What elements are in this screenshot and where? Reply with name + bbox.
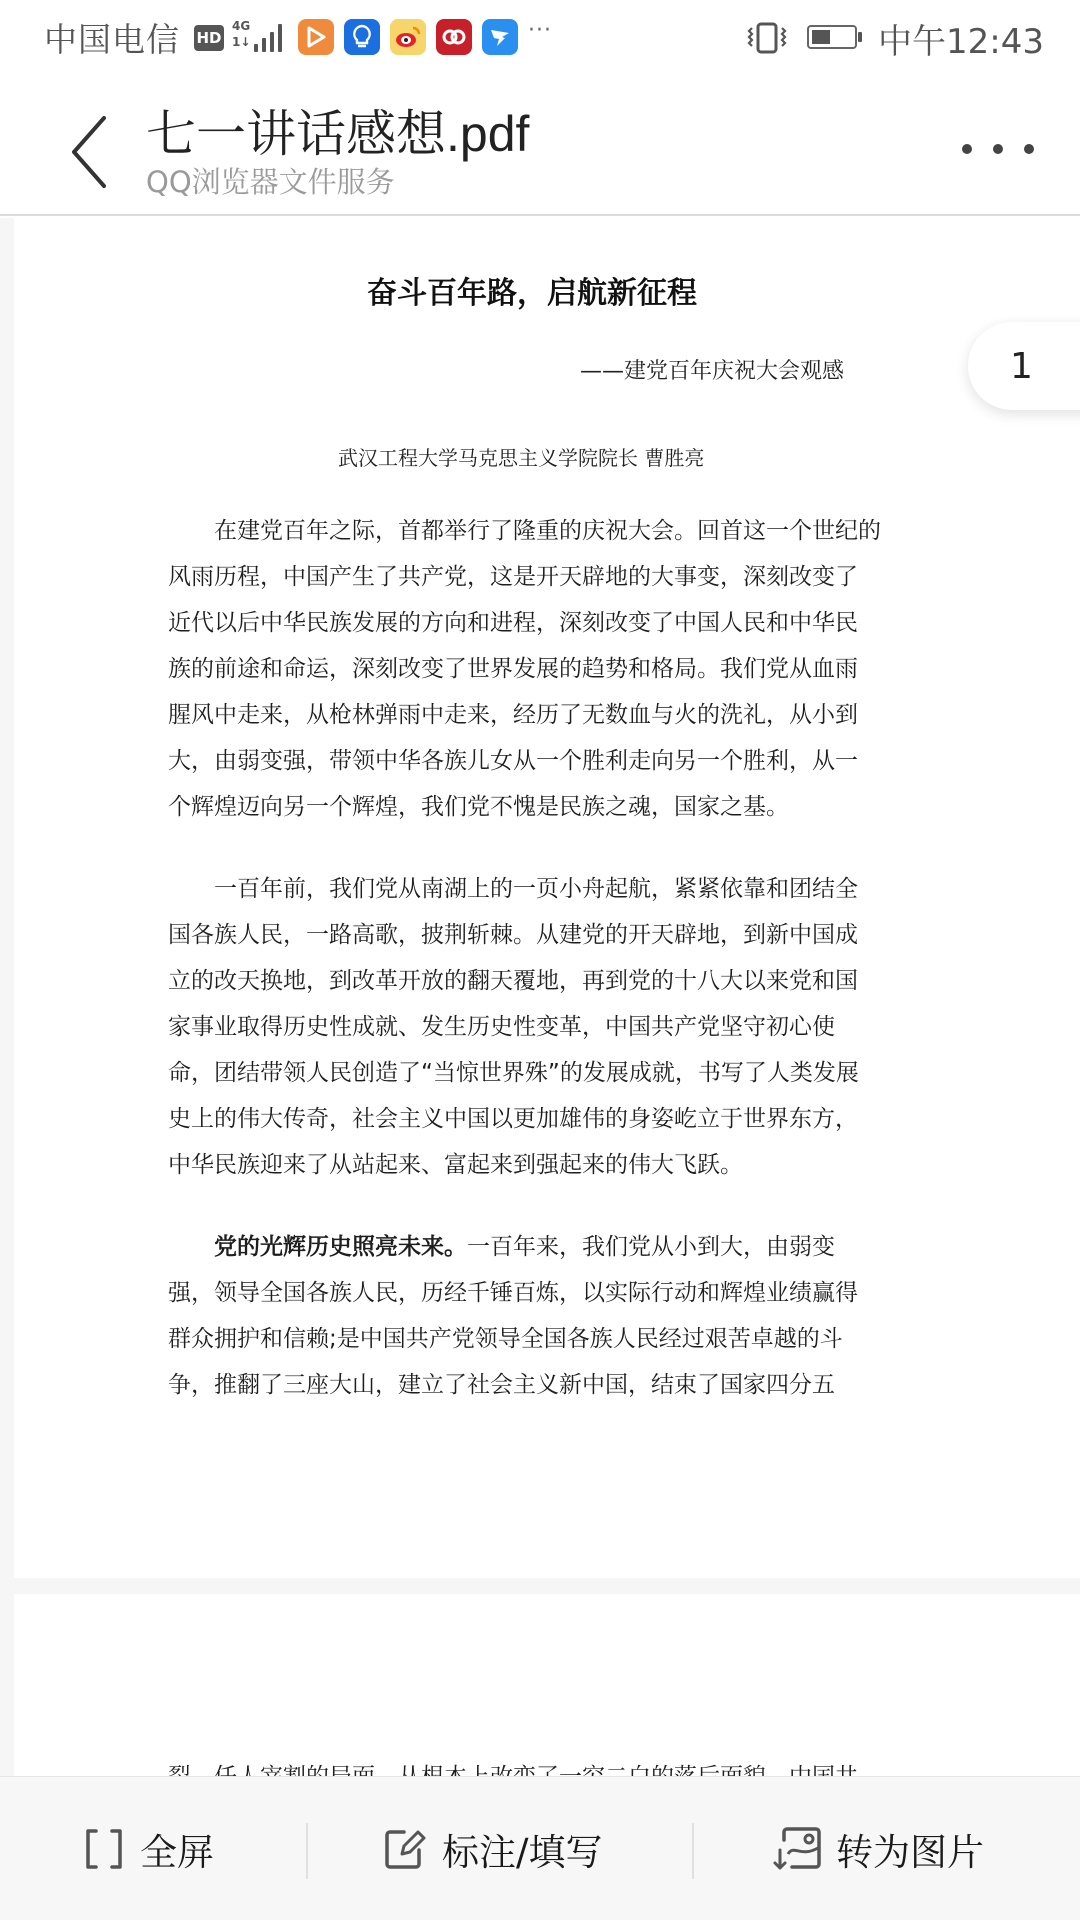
- more-dot-icon: [962, 144, 972, 154]
- video-app-icon: [298, 19, 334, 55]
- convert-image-icon: [772, 1826, 822, 1872]
- pdf-page-1: 奋斗百年路，启航新征程 ——建党百年庆祝大会观感 武汉工程大学马克思主义学院院长…: [14, 218, 1080, 1578]
- weibo-app-icon: [390, 19, 426, 55]
- dingtalk-app-icon: [482, 19, 518, 55]
- toolbar-divider: [692, 1823, 694, 1879]
- document-subtitle: ——建党百年庆祝大会观感: [580, 354, 844, 385]
- paragraph-4: 裂，任人宰割的局面，从根本上改变了一穷二白的落后面貌，中国共: [168, 1754, 928, 1778]
- bottom-toolbar: 全屏 标注/填写 转为图片: [0, 1776, 1080, 1920]
- more-options-button[interactable]: [962, 134, 1034, 164]
- document-author: 武汉工程大学马克思主义学院院长 曹胜亮: [338, 442, 704, 471]
- convert-to-image-button[interactable]: 转为图片: [772, 1813, 984, 1885]
- paragraph-2: 一百年前，我们党从南湖上的一页小舟起航，紧紧依靠和团结全 国各族人民，一路高歌，…: [168, 866, 928, 1188]
- paragraph-1: 在建党百年之际，首都举行了隆重的庆祝大会。回首这一个世纪的 风雨历程，中国产生了…: [168, 508, 928, 830]
- status-bar: 中国电信 HD 4G 1↓ ··· 中午12:43: [0, 0, 1080, 76]
- more-dot-icon: [1024, 144, 1034, 154]
- pdf-viewer[interactable]: 奋斗百年路，启航新征程 ——建党百年庆祝大会观感 武汉工程大学马克思主义学院院长…: [0, 218, 1080, 1778]
- clock: 中午12:43: [878, 14, 1044, 63]
- battery-icon: [806, 24, 864, 50]
- page-number-indicator[interactable]: 1: [968, 322, 1080, 410]
- bold-lead-sentence: 党的光辉历史照亮未来。: [214, 1234, 467, 1260]
- hd-voice-icon: HD: [194, 25, 224, 51]
- file-source: QQ浏览器文件服务: [146, 160, 395, 201]
- lightbulb-app-icon: [344, 19, 380, 55]
- fullscreen-icon: [82, 1827, 126, 1871]
- pdf-page-2: 裂，任人宰割的局面，从根本上改变了一穷二白的落后面貌，中国共: [14, 1594, 1080, 1778]
- file-title: 七一讲话感想.pdf: [146, 94, 529, 166]
- back-button[interactable]: [60, 104, 120, 194]
- vibrate-mode-icon: [744, 22, 790, 54]
- fullscreen-button[interactable]: 全屏: [82, 1813, 214, 1885]
- chevron-left-icon: [60, 104, 120, 194]
- cellular-signal-icon: 4G 1↓: [232, 20, 292, 56]
- more-dot-icon: [993, 144, 1003, 154]
- annotate-fill-button[interactable]: 标注/填写: [382, 1813, 602, 1885]
- edit-pencil-icon: [382, 1826, 428, 1872]
- carrier-name: 中国电信: [44, 14, 180, 61]
- red-app-icon: [436, 19, 472, 55]
- more-notifications-icon: ···: [528, 18, 552, 43]
- app-header: 七一讲话感想.pdf QQ浏览器文件服务: [0, 76, 1080, 216]
- document-title: 奋斗百年路，启航新征程: [14, 268, 1050, 312]
- toolbar-divider: [306, 1823, 308, 1879]
- paragraph-3: 党的光辉历史照亮未来。一百年来，我们党从小到大，由弱变 强，领导全国各族人民，历…: [168, 1224, 928, 1408]
